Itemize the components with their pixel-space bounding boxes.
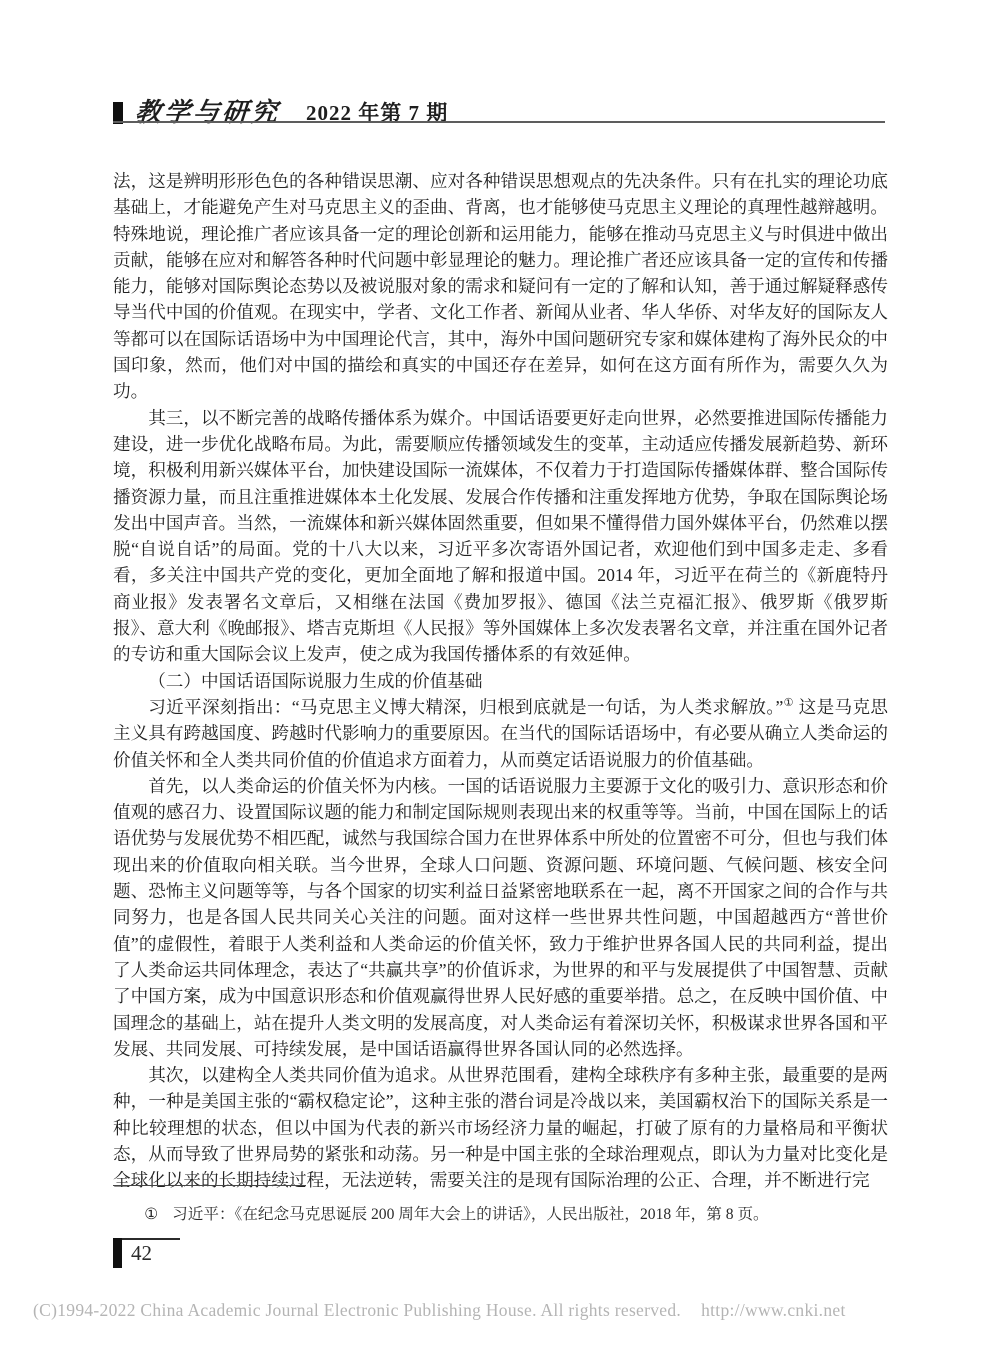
footnote: ①习近平：《在纪念马克思诞辰 200 周年大会上的讲话》，人民出版社，2018 …	[113, 1203, 888, 1227]
article-body: 法，这是辨明形形色色的各种错误思潮、应对各种错误思想观点的先决条件。只有在扎实的…	[113, 168, 888, 1194]
page-number-block: 42	[113, 1238, 180, 1268]
header-divider	[113, 121, 885, 123]
journal-page: 教学与研究2022 年第 7 期 法，这是辨明形形色色的各种错误思潮、应对各种错…	[0, 0, 1000, 1357]
footnote-marker: ①	[144, 1206, 158, 1223]
section-heading: （二）中国话语国际说服力生成的价值基础	[113, 668, 888, 694]
quote-text: 习近平深刻指出：“马克思主义博大精深，归根到底就是一句话，为人类求解放。”	[148, 697, 783, 717]
paragraph: 其次，以建构全人类共同价值为追求。从世界范围看，建构全球秩序有多种主张，最重要的…	[113, 1062, 888, 1193]
page-number: 42	[122, 1238, 180, 1266]
footnote-text: 习近平：《在纪念马克思诞辰 200 周年大会上的讲话》，人民出版社，2018 年…	[172, 1206, 768, 1223]
paragraph: 其三，以不断完善的战略传播体系为媒介。中国话语要更好走向世界，必然要推进国际传播…	[113, 405, 888, 668]
paragraph-with-footnote: 习近平深刻指出：“马克思主义博大精深，归根到底就是一句话，为人类求解放。”① 这…	[113, 694, 888, 773]
footnote-ref-superscript: ①	[783, 697, 794, 709]
footnote-divider	[113, 1185, 306, 1186]
page-number-marker	[113, 1238, 122, 1268]
cnki-url: http://www.cnki.net	[701, 1300, 846, 1320]
paragraph-continuation: 法，这是辨明形形色色的各种错误思潮、应对各种错误思想观点的先决条件。只有在扎实的…	[113, 168, 888, 405]
copyright-footer: (C)1994-2022 China Academic Journal Elec…	[33, 1300, 967, 1321]
copyright-text: (C)1994-2022 China Academic Journal Elec…	[33, 1300, 681, 1320]
paragraph: 首先，以人类命运的价值关怀为内核。一国的话语说服力主要源于文化的吸引力、意识形态…	[113, 773, 888, 1062]
